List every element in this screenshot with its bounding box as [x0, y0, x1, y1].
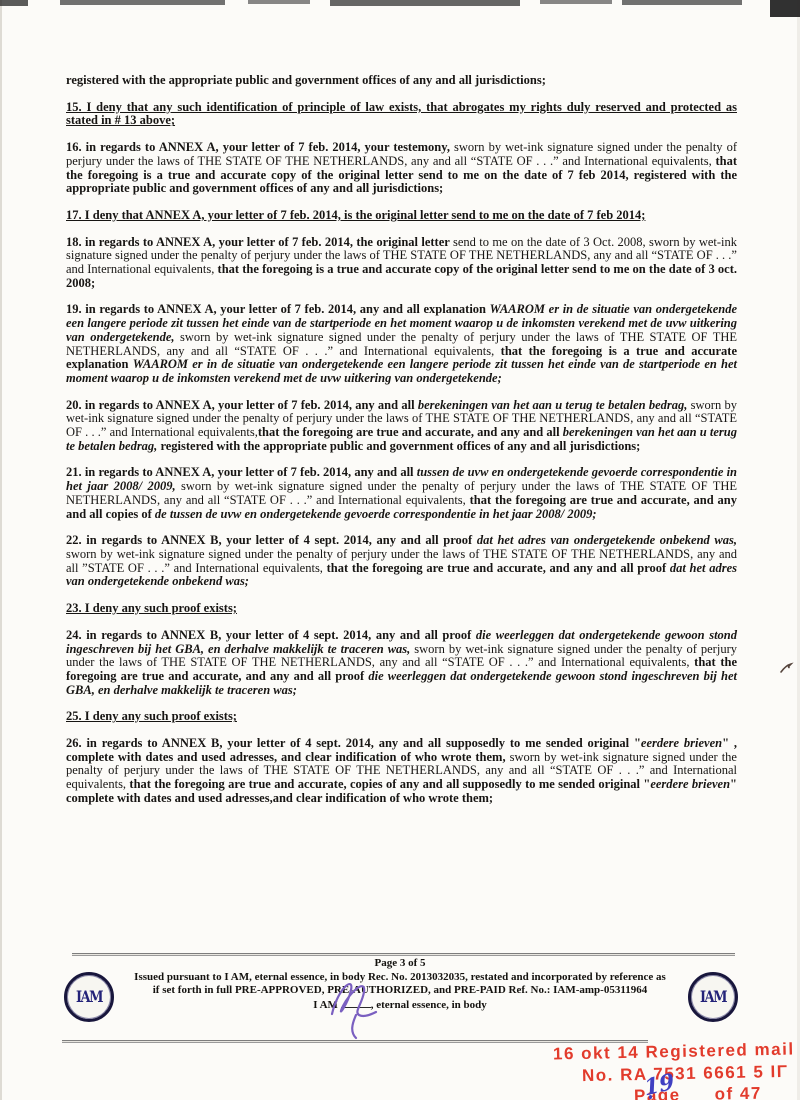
- paragraph: 26. in regards to ANNEX B, your letter o…: [66, 737, 737, 806]
- paragraph: registered with the appropriate public a…: [66, 74, 737, 88]
- paragraph-segment: 22. in regards to ANNEX B, your letter o…: [66, 533, 477, 547]
- paragraph-segment: that the foregoing are true and accurate…: [258, 425, 563, 439]
- scan-left-edge: [0, 0, 2, 1100]
- paragraph-segment: 26. in regards to ANNEX B, your letter o…: [66, 736, 641, 750]
- registered-mail-stamp-line2: No. RA 7531 6661 5 IΓ: [581, 1062, 788, 1086]
- paragraph-segment: 19. in regards to ANNEX A, your letter o…: [66, 302, 490, 316]
- paragraph: 21. in regards to ANNEX A, your letter o…: [66, 466, 737, 521]
- paragraph-segment: WAAROM er in de situatie van ondergeteke…: [66, 357, 737, 385]
- footer-issued-line: Issued pursuant to I AM, eternal essence…: [108, 971, 692, 985]
- scan-top-smudge: [0, 0, 28, 6]
- paragraph-segment: 24. in regards to ANNEX B, your letter o…: [66, 628, 476, 642]
- scan-top-smudge: [60, 0, 225, 5]
- paragraph: 22. in regards to ANNEX B, your letter o…: [66, 534, 737, 589]
- paragraph-segment: registered with the appropriate public a…: [160, 439, 640, 453]
- paragraph: 18. in regards to ANNEX A, your letter o…: [66, 236, 737, 291]
- footer-block: Page 3 of 5 Issued pursuant to I AM, ete…: [108, 957, 692, 1012]
- scan-top-smudge: [330, 0, 520, 6]
- paragraph-segment: that the foregoing are true and accurate…: [327, 561, 670, 575]
- iam-seal-icon: IAM: [64, 972, 114, 1022]
- paragraph: 19. in regards to ANNEX A, your letter o…: [66, 303, 737, 385]
- paragraph-segment: 18. in regards to ANNEX A, your letter o…: [66, 235, 453, 249]
- document-body: registered with the appropriate public a…: [66, 74, 737, 819]
- paragraph-segment: 20. in regards to ANNEX A, your letter o…: [66, 398, 418, 412]
- paragraph: 15. I deny that any such identification …: [66, 101, 737, 128]
- pen-tick-mark: [779, 660, 795, 676]
- paragraph-segment: de tussen de uvw en ondergetekende gevoe…: [155, 507, 597, 521]
- footer-ref-line: if set forth in full PRE-APPROVED, PRE-A…: [108, 984, 692, 998]
- paragraph-segment: berekeningen van het aan u terug te beta…: [418, 398, 691, 412]
- paragraph-segment: registered with the appropriate public a…: [66, 73, 546, 87]
- footer-page-label: Page 3 of 5: [108, 957, 692, 971]
- paragraph-segment: 17. I deny that ANNEX A, your letter of …: [66, 208, 645, 222]
- handwritten-ink-dot: [649, 1095, 652, 1099]
- paragraph-segment: eerdere brieven: [641, 736, 722, 750]
- seal-monogram: IAM: [76, 988, 102, 1007]
- footer-signature-line: I AM , eternal essence, in body: [108, 998, 692, 1013]
- paragraph: 20. in regards to ANNEX A, your letter o…: [66, 399, 737, 454]
- paragraph-segment: dat het adres van ondergetekende onbeken…: [477, 533, 737, 547]
- scan-top-smudge: [622, 0, 742, 5]
- paragraph: 23. I deny any such proof exists;: [66, 602, 737, 616]
- paragraph: 24. in regards to ANNEX B, your letter o…: [66, 629, 737, 698]
- paragraph: 25. I deny any such proof exists;: [66, 710, 737, 724]
- scan-top-smudge: [248, 0, 310, 4]
- footer-divider-top: [72, 953, 735, 956]
- paragraph-segment: 25. I deny any such proof exists;: [66, 709, 237, 723]
- paragraph-segment: that the foregoing are true and accurate…: [129, 777, 650, 791]
- paragraph: 17. I deny that ANNEX A, your letter of …: [66, 209, 737, 223]
- paragraph: 16. in regards to ANNEX A, your letter o…: [66, 141, 737, 196]
- paragraph-segment: 15. I deny that any such identification …: [66, 100, 737, 128]
- paragraph-segment: eerdere brieven: [650, 777, 730, 791]
- scan-top-smudge: [540, 0, 612, 4]
- seal-monogram: IAM: [700, 988, 726, 1007]
- signature-ink: [326, 974, 398, 1042]
- stamp-of-47-label: of 47: [715, 1084, 763, 1100]
- registered-mail-stamp-line1: 16 okt 14 Registered mail: [553, 1039, 795, 1064]
- stamp-no-label: No.: [581, 1065, 613, 1085]
- paragraph-segment: 21. in regards to ANNEX A, your letter o…: [66, 465, 417, 479]
- iam-seal-icon: IAM: [688, 972, 738, 1022]
- paragraph-segment: 23. I deny any such proof exists;: [66, 601, 237, 615]
- scan-corner-mark: [770, 0, 800, 17]
- paragraph-segment: 16. in regards to ANNEX A, your letter o…: [66, 140, 454, 154]
